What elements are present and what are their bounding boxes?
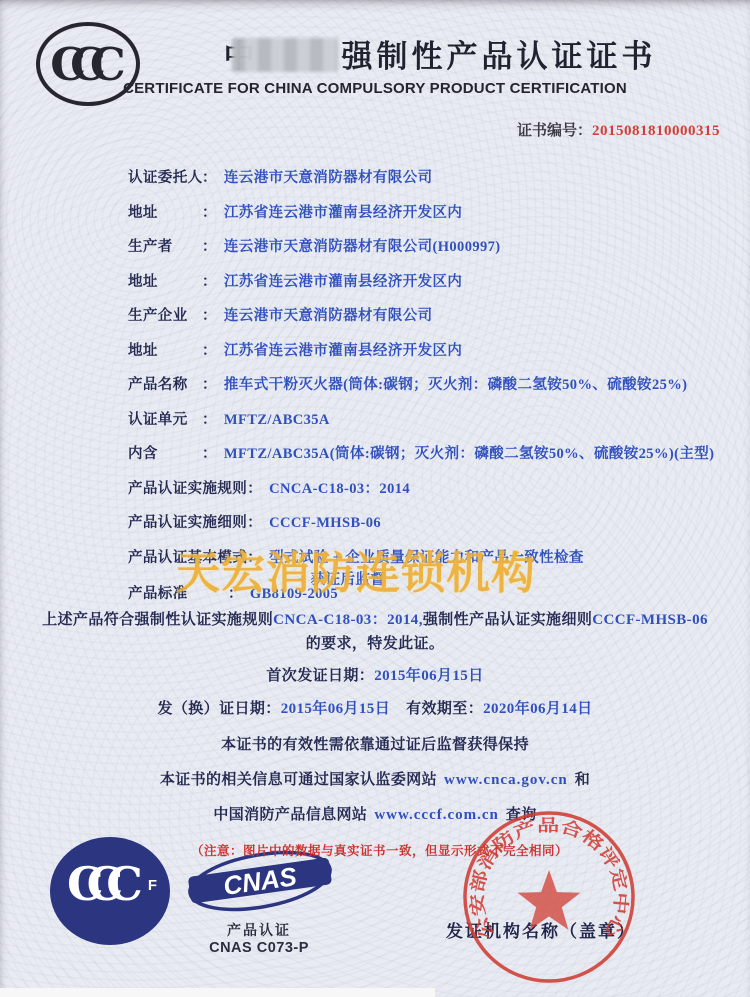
cnas-caption: 产品认证 CNAS C073-P	[166, 920, 352, 956]
first-issue-label: 首次发证日期：	[266, 668, 374, 684]
valid-until-value: 2020年06月14日	[483, 701, 592, 717]
validity-note: 本证书的有效性需依靠通过证后监督获得保持	[12, 733, 738, 754]
field-colon: ：	[202, 446, 217, 462]
cccf-site-prefix: 中国消防产品信息网站	[213, 807, 367, 823]
statement-seg2: 强制性产品认证实施细则	[423, 612, 592, 628]
field-colon: ：	[202, 274, 217, 290]
field-label: 认证委托人	[128, 168, 202, 189]
field-row-cert-unit: 认证单元：MFTZ/ABC35A	[128, 410, 740, 431]
field-row-standard: 产品标准：GB8109-2005	[128, 584, 740, 605]
valid-until-label: 有效期至：	[406, 701, 483, 717]
official-red-seal: 公安部消防产品合格评定中心	[458, 806, 640, 988]
info-note-prefix: 本证书的相关信息可通过国家认监委网站	[160, 772, 437, 788]
scan-edge-strip	[0, 988, 435, 997]
field-label: 产品认证实施细则	[128, 513, 247, 534]
field-value: 连云港市天意消防器材有限公司	[224, 170, 433, 186]
field-row-factory: 生产企业：连云港市天意消防器材有限公司	[128, 306, 740, 327]
field-label: 认证单元	[128, 410, 202, 431]
field-value: MFTZ/ABC35A	[224, 412, 330, 428]
field-value: 型式试验 + 企业质量保证能力和产品一致性检查	[269, 550, 584, 566]
first-issue-date-line: 首次发证日期：2015年06月15日	[12, 664, 738, 685]
info-note-cnca: 本证书的相关信息可通过国家认监委网站www.cnca.gov.cn和	[12, 768, 738, 789]
title-text: 强制性产品认证证书	[342, 39, 657, 74]
field-row-address-1: 地址：江苏省连云港市灌南县经济开发区内	[128, 203, 740, 224]
reissue-label: 发（换）证日期：	[157, 701, 280, 717]
field-colon: ：	[202, 308, 217, 324]
field-row-impl-detail: 产品认证实施细则：CCCF-MHSB-06	[128, 513, 740, 534]
certificate-page: CCC 中强制性产品认证证书 CERTIFICATE FOR CHINA COM…	[0, 0, 750, 997]
field-colon: ：	[228, 586, 243, 602]
field-label: 生产者	[128, 237, 202, 258]
statement-seg1: 上述产品符合强制性认证实施规则	[42, 612, 273, 628]
field-value: 连云港市天意消防器材有限公司	[224, 308, 433, 324]
field-colon: ：	[247, 481, 262, 497]
title-redaction-blur	[232, 38, 338, 72]
field-value: GB8109-2005	[250, 586, 338, 602]
field-label: 地址	[128, 341, 202, 362]
certificate-number-label: 证书编号：	[517, 123, 592, 139]
field-label: 产品标准	[128, 584, 228, 605]
info-note-suffix: 和	[575, 772, 590, 788]
field-row-applicant: 认证委托人：连云港市天意消防器材有限公司	[128, 168, 740, 189]
field-colon: ：	[202, 239, 217, 255]
cnas-logo-text: CNAS	[221, 861, 299, 901]
statement-line-2: 的要求，特发此证。	[12, 632, 738, 653]
field-colon: ：	[202, 170, 217, 186]
field-value: MFTZ/ABC35A(筒体:碳钢；灭火剂：磷酸二氢铵50%、硫酸铵25%)(主…	[224, 446, 714, 462]
field-value: 连云港市天意消防器材有限公司(H000997)	[224, 239, 501, 255]
seal-star-icon	[518, 870, 581, 930]
cnca-url-text: www.cnca.gov.cn	[444, 772, 568, 788]
cnas-caption-line2: CNAS C073-P	[166, 940, 352, 956]
field-colon: ：	[202, 412, 217, 428]
field-row-impl-rule: 产品认证实施规则：CNCA-C18-03：2014	[128, 479, 740, 500]
statement-rule-code: CNCA-C18-03：2014,	[273, 612, 423, 628]
field-value: 江苏省连云港市灌南县经济开发区内	[224, 343, 462, 359]
field-value: 江苏省连云港市灌南县经济开发区内	[224, 205, 462, 221]
field-colon: ：	[247, 515, 262, 531]
field-label: 产品名称	[128, 375, 202, 396]
certificate-subtitle: CERTIFICATE FOR CHINA COMPULSORY PRODUCT…	[0, 80, 750, 97]
field-row-product-name: 产品名称：推车式干粉灭火器(筒体:碳钢；灭火剂：磷酸二氢铵50%、硫酸铵25%)	[128, 375, 740, 396]
field-label: 产品认证实施规则	[128, 479, 247, 500]
field-value: CNCA-C18-03：2014	[269, 481, 410, 497]
field-label: 内含	[128, 444, 202, 465]
field-value: 江苏省连云港市灌南县经济开发区内	[224, 274, 462, 290]
first-issue-value: 2015年06月15日	[374, 668, 483, 684]
field-row-manufacturer: 生产者：连云港市天意消防器材有限公司(H000997)	[128, 237, 740, 258]
cccf-mark-letters: CCC	[67, 861, 142, 907]
field-colon: ：	[202, 377, 217, 393]
field-rows: 认证委托人：连云港市天意消防器材有限公司 地址：江苏省连云港市灌南县经济开发区内…	[128, 168, 740, 618]
statement-detail-code: CCCF-MHSB-06	[592, 612, 708, 628]
reissue-value: 2015年06月15日	[281, 701, 390, 717]
field-label: 产品认证基本模式	[128, 548, 247, 569]
field-label: 生产企业	[128, 306, 202, 327]
field-label: 地址	[128, 203, 202, 224]
field-value: CCCF-MHSB-06	[269, 515, 381, 531]
field-label: 地址	[128, 272, 202, 293]
field-colon: ：	[202, 205, 217, 221]
cccf-mark-f: F	[148, 877, 157, 894]
certificate-title: 中强制性产品认证证书	[150, 31, 730, 76]
field-colon: ：	[202, 343, 217, 359]
field-row-address-2: 地址：江苏省连云港市灌南县经济开发区内	[128, 272, 740, 293]
field-row-includes: 内含：MFTZ/ABC35A(筒体:碳钢；灭火剂：磷酸二氢铵50%、硫酸铵25%…	[128, 444, 740, 465]
field-row-address-3: 地址：江苏省连云港市灌南县经济开发区内	[128, 341, 740, 362]
reissue-date-line: 发（换）证日期：2015年06月15日有效期至：2020年06月14日	[12, 697, 738, 718]
field-value: 推车式干粉灭火器(筒体:碳钢；灭火剂：磷酸二氢铵50%、硫酸铵25%)	[224, 377, 687, 393]
certificate-number-line: 证书编号：2015081810000315	[517, 119, 720, 140]
field-colon: ：	[247, 550, 262, 566]
statement-line-1: 上述产品符合强制性认证实施规则CNCA-C18-03：2014,强制性产品认证实…	[12, 608, 738, 629]
certificate-number-value: 2015081810000315	[592, 123, 720, 139]
cccf-mark-icon: CCC F	[50, 837, 170, 945]
cnas-caption-line1: 产品认证	[166, 920, 352, 940]
